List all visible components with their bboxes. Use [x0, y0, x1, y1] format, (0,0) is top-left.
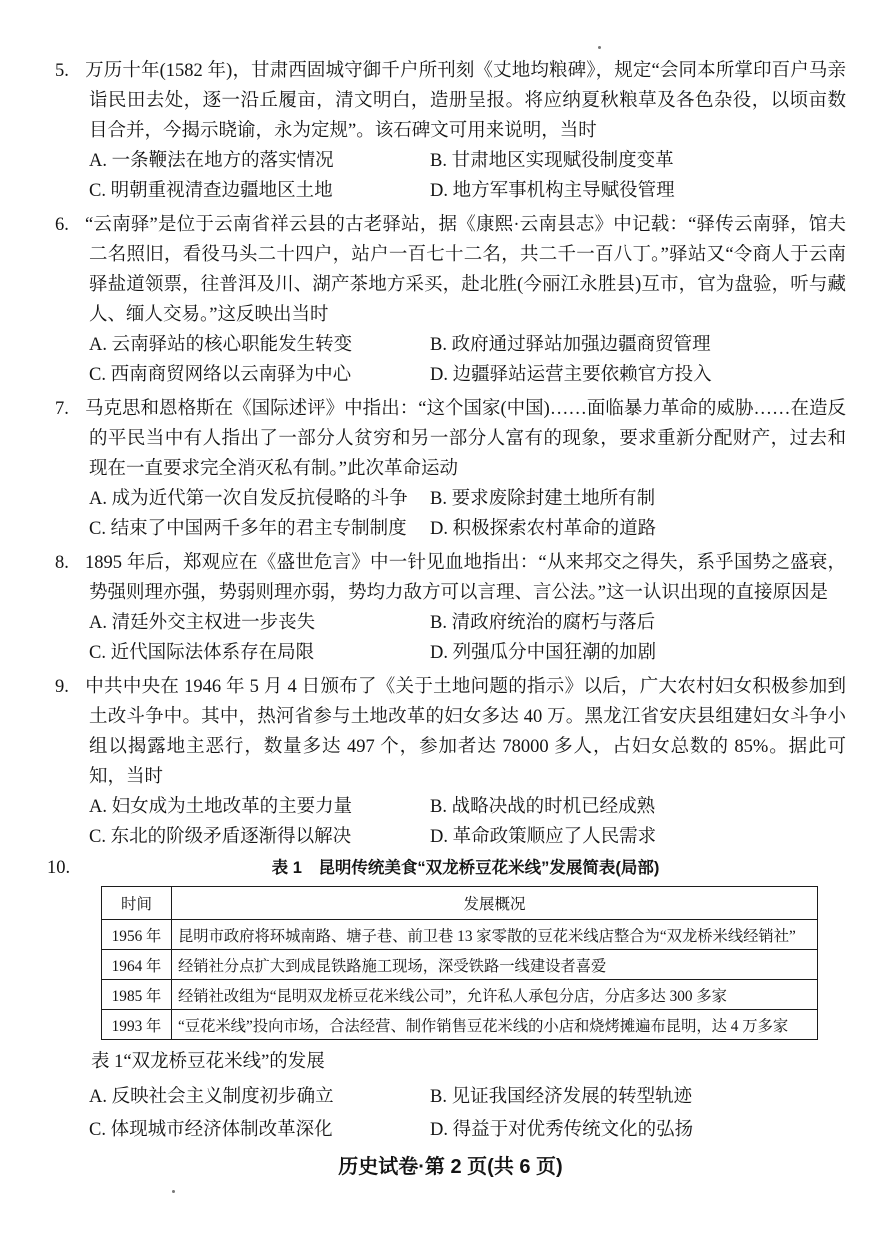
- question-9-option-c: C. 东北的阶级矛盾逐渐得以解决: [89, 822, 430, 852]
- table-1-caption: 表 1 昆明传统美食“双龙桥豆花米线”发展简表(局部): [85, 856, 846, 880]
- question-9-option-b: B. 战略决战的时机已经成熟: [430, 792, 846, 822]
- question-7-stem-text: 马克思和恩格斯在《国际述评》中指出：“这个国家(中国)……面临暴力革命的威胁………: [85, 399, 846, 479]
- table-cell-overview: 昆明市政府将环城南路、塘子巷、前卫巷 13 家零散的豆花米线店整合为“双龙桥米线…: [172, 920, 818, 950]
- table-cell-overview: 经销社分点扩大到成昆铁路施工现场，深受铁路一线建设者喜爱: [172, 950, 818, 980]
- question-9-number: 9.: [55, 672, 85, 702]
- question-10-option-b: B. 见证我国经济发展的转型轨迹: [430, 1081, 846, 1114]
- exam-page: 5.万历十年(1582 年)，甘肃西固城守御千户所刊刻《丈地均粮碑》，规定“会同…: [0, 0, 888, 1181]
- question-9-stem-text: 中共中央在 1946 年 5 月 4 日颁布了《关于土地问题的指示》以后，广大农…: [85, 677, 846, 787]
- table-header-overview: 发展概况: [172, 887, 818, 920]
- question-6-option-c: C. 西南商贸网络以云南驿为中心: [89, 360, 430, 390]
- question-8-option-c: C. 近代国际法体系存在局限: [89, 638, 430, 668]
- question-8: 8.1895 年后，郑观应在《盛世危言》中一针见血地指出：“从来邦交之得失，系乎…: [55, 548, 846, 668]
- question-8-number: 8.: [55, 548, 85, 578]
- question-5-option-a: A. 一条鞭法在地方的落实情况: [89, 146, 430, 176]
- table-header-row: 时间 发展概况: [102, 887, 818, 920]
- question-5-stem: 5.万历十年(1582 年)，甘肃西固城守御千户所刊刻《丈地均粮碑》，规定“会同…: [55, 56, 846, 146]
- scan-speck: [598, 46, 601, 49]
- question-9-stem: 9.中共中央在 1946 年 5 月 4 日颁布了《关于土地问题的指示》以后，广…: [55, 672, 846, 792]
- question-5-number: 5.: [55, 56, 85, 86]
- question-10-number: 10.: [47, 858, 85, 879]
- question-10-option-d: D. 得益于对优秀传统文化的弘扬: [430, 1114, 846, 1147]
- question-8-option-b: B. 清政府统治的腐朽与落后: [430, 608, 846, 638]
- question-10-options: A. 反映社会主义制度初步确立 B. 见证我国经济发展的转型轨迹 C. 体现城市…: [89, 1081, 846, 1147]
- table-row-1985: 1985 年 经销社改组为“昆明双龙桥豆花米线公司”，允许私人承包分店，分店多达…: [102, 980, 818, 1010]
- question-5-stem-text: 万历十年(1582 年)，甘肃西固城守御千户所刊刻《丈地均粮碑》，规定“会同本所…: [85, 61, 846, 141]
- question-7-option-a: A. 成为近代第一次自发反抗侵略的斗争: [89, 484, 430, 514]
- question-10-header: 10. 表 1 昆明传统美食“双龙桥豆花米线”发展简表(局部): [47, 856, 846, 880]
- question-9: 9.中共中央在 1946 年 5 月 4 日颁布了《关于土地问题的指示》以后，广…: [55, 672, 846, 852]
- question-7-stem: 7.马克思和恩格斯在《国际述评》中指出：“这个国家(中国)……面临暴力革命的威胁…: [55, 394, 846, 484]
- question-7-option-d: D. 积极探索农村革命的道路: [430, 514, 846, 544]
- table-row-1956: 1956 年 昆明市政府将环城南路、塘子巷、前卫巷 13 家零散的豆花米线店整合…: [102, 920, 818, 950]
- question-6-option-b: B. 政府通过驿站加强边疆商贸管理: [430, 330, 846, 360]
- table-cell-year: 1956 年: [102, 920, 172, 950]
- question-6-option-a: A. 云南驿站的核心职能发生转变: [89, 330, 430, 360]
- question-6-stem: 6.“云南驿”是位于云南省祥云县的古老驿站，据《康熙·云南县志》中记载：“驿传云…: [55, 210, 846, 330]
- table-cell-year: 1964 年: [102, 950, 172, 980]
- page-footer: 历史试卷·第 2 页(共 6 页): [55, 1153, 846, 1181]
- question-5: 5.万历十年(1582 年)，甘肃西固城守御千户所刊刻《丈地均粮碑》，规定“会同…: [55, 56, 846, 206]
- question-8-option-a: A. 清廷外交主权进一步丧失: [89, 608, 430, 638]
- question-10-stem-text: 表 1“双龙桥豆花米线”的发展: [91, 1047, 846, 1077]
- question-7-number: 7.: [55, 394, 85, 424]
- table-header-time: 时间: [102, 887, 172, 920]
- question-7-options: A. 成为近代第一次自发反抗侵略的斗争 B. 要求废除封建土地所有制 C. 结束…: [89, 484, 846, 544]
- scan-speck: [172, 1190, 175, 1193]
- table-1: 时间 发展概况 1956 年 昆明市政府将环城南路、塘子巷、前卫巷 13 家零散…: [101, 886, 818, 1040]
- question-6-options: A. 云南驿站的核心职能发生转变 B. 政府通过驿站加强边疆商贸管理 C. 西南…: [89, 330, 846, 390]
- question-6-number: 6.: [55, 210, 85, 240]
- table-cell-overview: “豆花米线”投向市场，合法经营、制作销售豆花米线的小店和烧烤摊遍布昆明，达 4 …: [172, 1010, 818, 1040]
- question-6-option-d: D. 边疆驿站运营主要依赖官方投入: [430, 360, 846, 390]
- question-6: 6.“云南驿”是位于云南省祥云县的古老驿站，据《康熙·云南县志》中记载：“驿传云…: [55, 210, 846, 390]
- question-10: 10. 表 1 昆明传统美食“双龙桥豆花米线”发展简表(局部) 时间 发展概况 …: [55, 856, 846, 1147]
- question-8-stem: 8.1895 年后，郑观应在《盛世危言》中一针见血地指出：“从来邦交之得失，系乎…: [55, 548, 846, 608]
- question-5-option-d: D. 地方军事机构主导赋役管理: [430, 176, 846, 206]
- question-9-option-d: D. 革命政策顺应了人民需求: [430, 822, 846, 852]
- question-9-options: A. 妇女成为土地改革的主要力量 B. 战略决战的时机已经成熟 C. 东北的阶级…: [89, 792, 846, 852]
- question-7: 7.马克思和恩格斯在《国际述评》中指出：“这个国家(中国)……面临暴力革命的威胁…: [55, 394, 846, 544]
- question-10-option-a: A. 反映社会主义制度初步确立: [89, 1081, 430, 1114]
- question-5-option-c: C. 明朝重视清查边疆地区土地: [89, 176, 430, 206]
- table-row-1993: 1993 年 “豆花米线”投向市场，合法经营、制作销售豆花米线的小店和烧烤摊遍布…: [102, 1010, 818, 1040]
- question-9-option-a: A. 妇女成为土地改革的主要力量: [89, 792, 430, 822]
- question-6-stem-text: “云南驿”是位于云南省祥云县的古老驿站，据《康熙·云南县志》中记载：“驿传云南驿…: [85, 215, 846, 325]
- table-row-1964: 1964 年 经销社分点扩大到成昆铁路施工现场，深受铁路一线建设者喜爱: [102, 950, 818, 980]
- question-5-option-b: B. 甘肃地区实现赋役制度变革: [430, 146, 846, 176]
- question-10-option-c: C. 体现城市经济体制改革深化: [89, 1114, 430, 1147]
- question-5-options: A. 一条鞭法在地方的落实情况 B. 甘肃地区实现赋役制度变革 C. 明朝重视清…: [89, 146, 846, 206]
- table-cell-year: 1993 年: [102, 1010, 172, 1040]
- question-8-stem-text: 1895 年后，郑观应在《盛世危言》中一针见血地指出：“从来邦交之得失，系乎国势…: [85, 553, 846, 603]
- question-8-option-d: D. 列强瓜分中国狂潮的加剧: [430, 638, 846, 668]
- table-cell-overview: 经销社改组为“昆明双龙桥豆花米线公司”，允许私人承包分店，分店多达 300 多家: [172, 980, 818, 1010]
- table-cell-year: 1985 年: [102, 980, 172, 1010]
- question-8-options: A. 清廷外交主权进一步丧失 B. 清政府统治的腐朽与落后 C. 近代国际法体系…: [89, 608, 846, 668]
- question-7-option-c: C. 结束了中国两千多年的君主专制制度: [89, 514, 430, 544]
- question-7-option-b: B. 要求废除封建土地所有制: [430, 484, 846, 514]
